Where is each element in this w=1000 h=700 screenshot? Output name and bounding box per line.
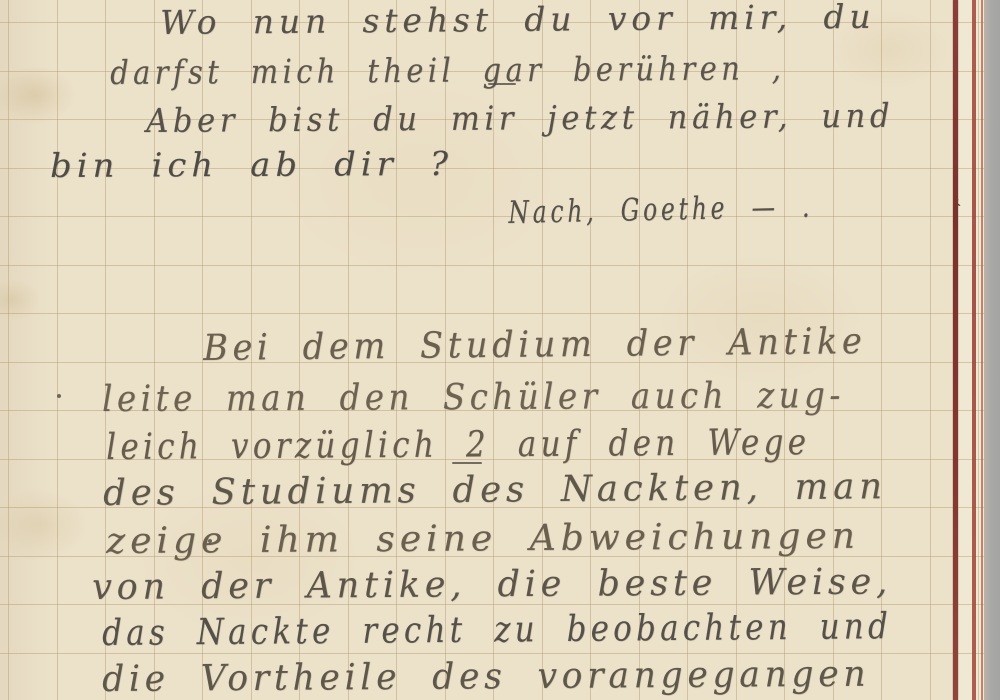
grid-line-vertical <box>978 0 979 700</box>
binding-red-rule-3 <box>981 0 983 700</box>
handwritten-line: das Nackte recht zu beobachten und <box>102 604 892 658</box>
handwritten-line: darfst mich theil gar berühren , <box>110 47 785 95</box>
grid-line-horizontal <box>0 216 984 217</box>
handwritten-line: von der Antike, die beste Weise, <box>92 559 892 611</box>
handwritten-line: zeige ihm seine Abweichungen <box>106 514 860 566</box>
binding-red-rule-1 <box>953 0 958 700</box>
grid-line-vertical <box>57 0 58 700</box>
handwritten-line: Bei dem Studium der Antike <box>203 319 867 373</box>
handwritten-line: Nach, Goethe — . <box>508 187 814 234</box>
handwritten-line: leite man den Schüler auch zug- <box>102 373 845 424</box>
ink-speck <box>57 394 61 398</box>
binding-red-rule-2 <box>972 0 976 700</box>
page-edge-background <box>984 0 1000 700</box>
grid-line-vertical <box>8 0 9 700</box>
handwritten-line: Wo nun stehst du vor mir, du <box>160 0 876 45</box>
handwritten-line: die Vortheile des vorangegangen <box>102 652 870 700</box>
grid-line-vertical <box>930 0 931 700</box>
manuscript-page: Wo nun stehst du vor mir, dudarfst mich … <box>0 0 1000 700</box>
ink-speck <box>208 539 212 543</box>
handwritten-line: leich vorzüglich 2 auf den Wege <box>106 420 811 472</box>
handwritten-line: bin ich ab dir ? <box>50 143 453 188</box>
handwritten-line: des Studiums des Nackten, man <box>103 464 887 518</box>
grid-line-horizontal <box>0 265 984 266</box>
grid-line-horizontal <box>0 313 984 314</box>
ink-underline <box>488 83 516 85</box>
ink-underline <box>452 462 482 464</box>
handwritten-line: Aber bist du mir jetzt näher, und <box>146 95 894 143</box>
